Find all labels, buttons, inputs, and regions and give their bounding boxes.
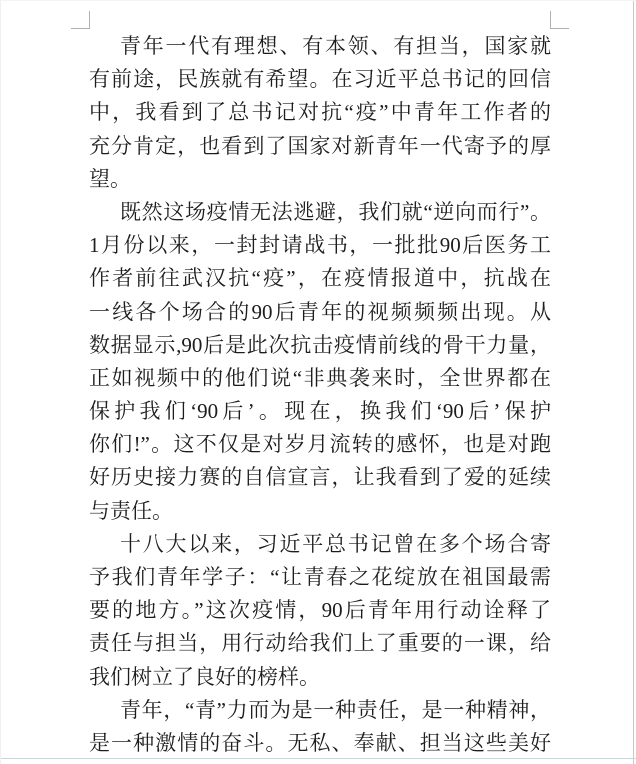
text-line: 数据显示,90后是此次抗击疫情前线的骨干力量，: [89, 329, 551, 362]
text-line: 与责任。: [89, 495, 551, 528]
text-line: 一线各个场合的90后青年的视频频频出现。从: [89, 296, 551, 329]
text-line: 你们!”。这不仅是对岁月流转的感怀，也是对跑: [89, 428, 551, 461]
text-line: 责任与担当，用行动给我们上了重要的一课，给: [89, 627, 551, 660]
text-line: 1月份以来，一封封请战书，一批批90后医务工: [89, 229, 551, 262]
text-line: 好历史接力赛的自信宣言，让我看到了爱的延续: [89, 461, 551, 494]
text-line: 要的地方。”这次疫情，90后青年用行动诠释了: [89, 594, 551, 627]
window-bottom-edge: [1, 758, 636, 759]
text-line: 中，我看到了总书记对抗“疫”中青年工作者的: [89, 96, 551, 129]
window-right-edge: [633, 1, 634, 764]
text-line: 充分肯定，也看到了国家对新青年一代寄予的厚: [89, 130, 551, 163]
text-line: 有前途，民族就有希望。在习近平总书记的回信: [89, 63, 551, 96]
text-line: 既然这场疫情无法逃避，我们就“逆向而行”。: [89, 196, 551, 229]
text-line: 十八大以来，习近平总书记曾在多个场合寄: [89, 528, 551, 561]
text-line: 予我们青年学子：“让青春之花绽放在祖国最需: [89, 561, 551, 594]
text-boundary-mark-top-left: [71, 11, 90, 29]
text-line: 正如视频中的他们说“非典袭来时，全世界都在: [89, 362, 551, 395]
document-viewport: 青年一代有理想、有本领、有担当，国家就有前途，民族就有希望。在习近平总书记的回信…: [0, 0, 636, 764]
text-line: 保护我们‘90后’。现在，换我们‘90后’保护: [89, 395, 551, 428]
text-line: 我们树立了良好的榜样。: [89, 661, 551, 694]
document-text-area[interactable]: 青年一代有理想、有本领、有担当，国家就有前途，民族就有希望。在习近平总书记的回信…: [89, 30, 551, 760]
text-line: 望。: [89, 163, 551, 196]
text-boundary-mark-top-right: [550, 11, 569, 29]
text-line: 作者前往武汉抗“疫”，在疫情报道中，抗战在: [89, 262, 551, 295]
text-line: 青年，“青”力而为是一种责任，是一种精神，: [89, 694, 551, 727]
text-line: 青年一代有理想、有本领、有担当，国家就: [89, 30, 551, 63]
text-line: 是一种激情的奋斗。无私、奉献、担当这些美好: [89, 727, 551, 760]
